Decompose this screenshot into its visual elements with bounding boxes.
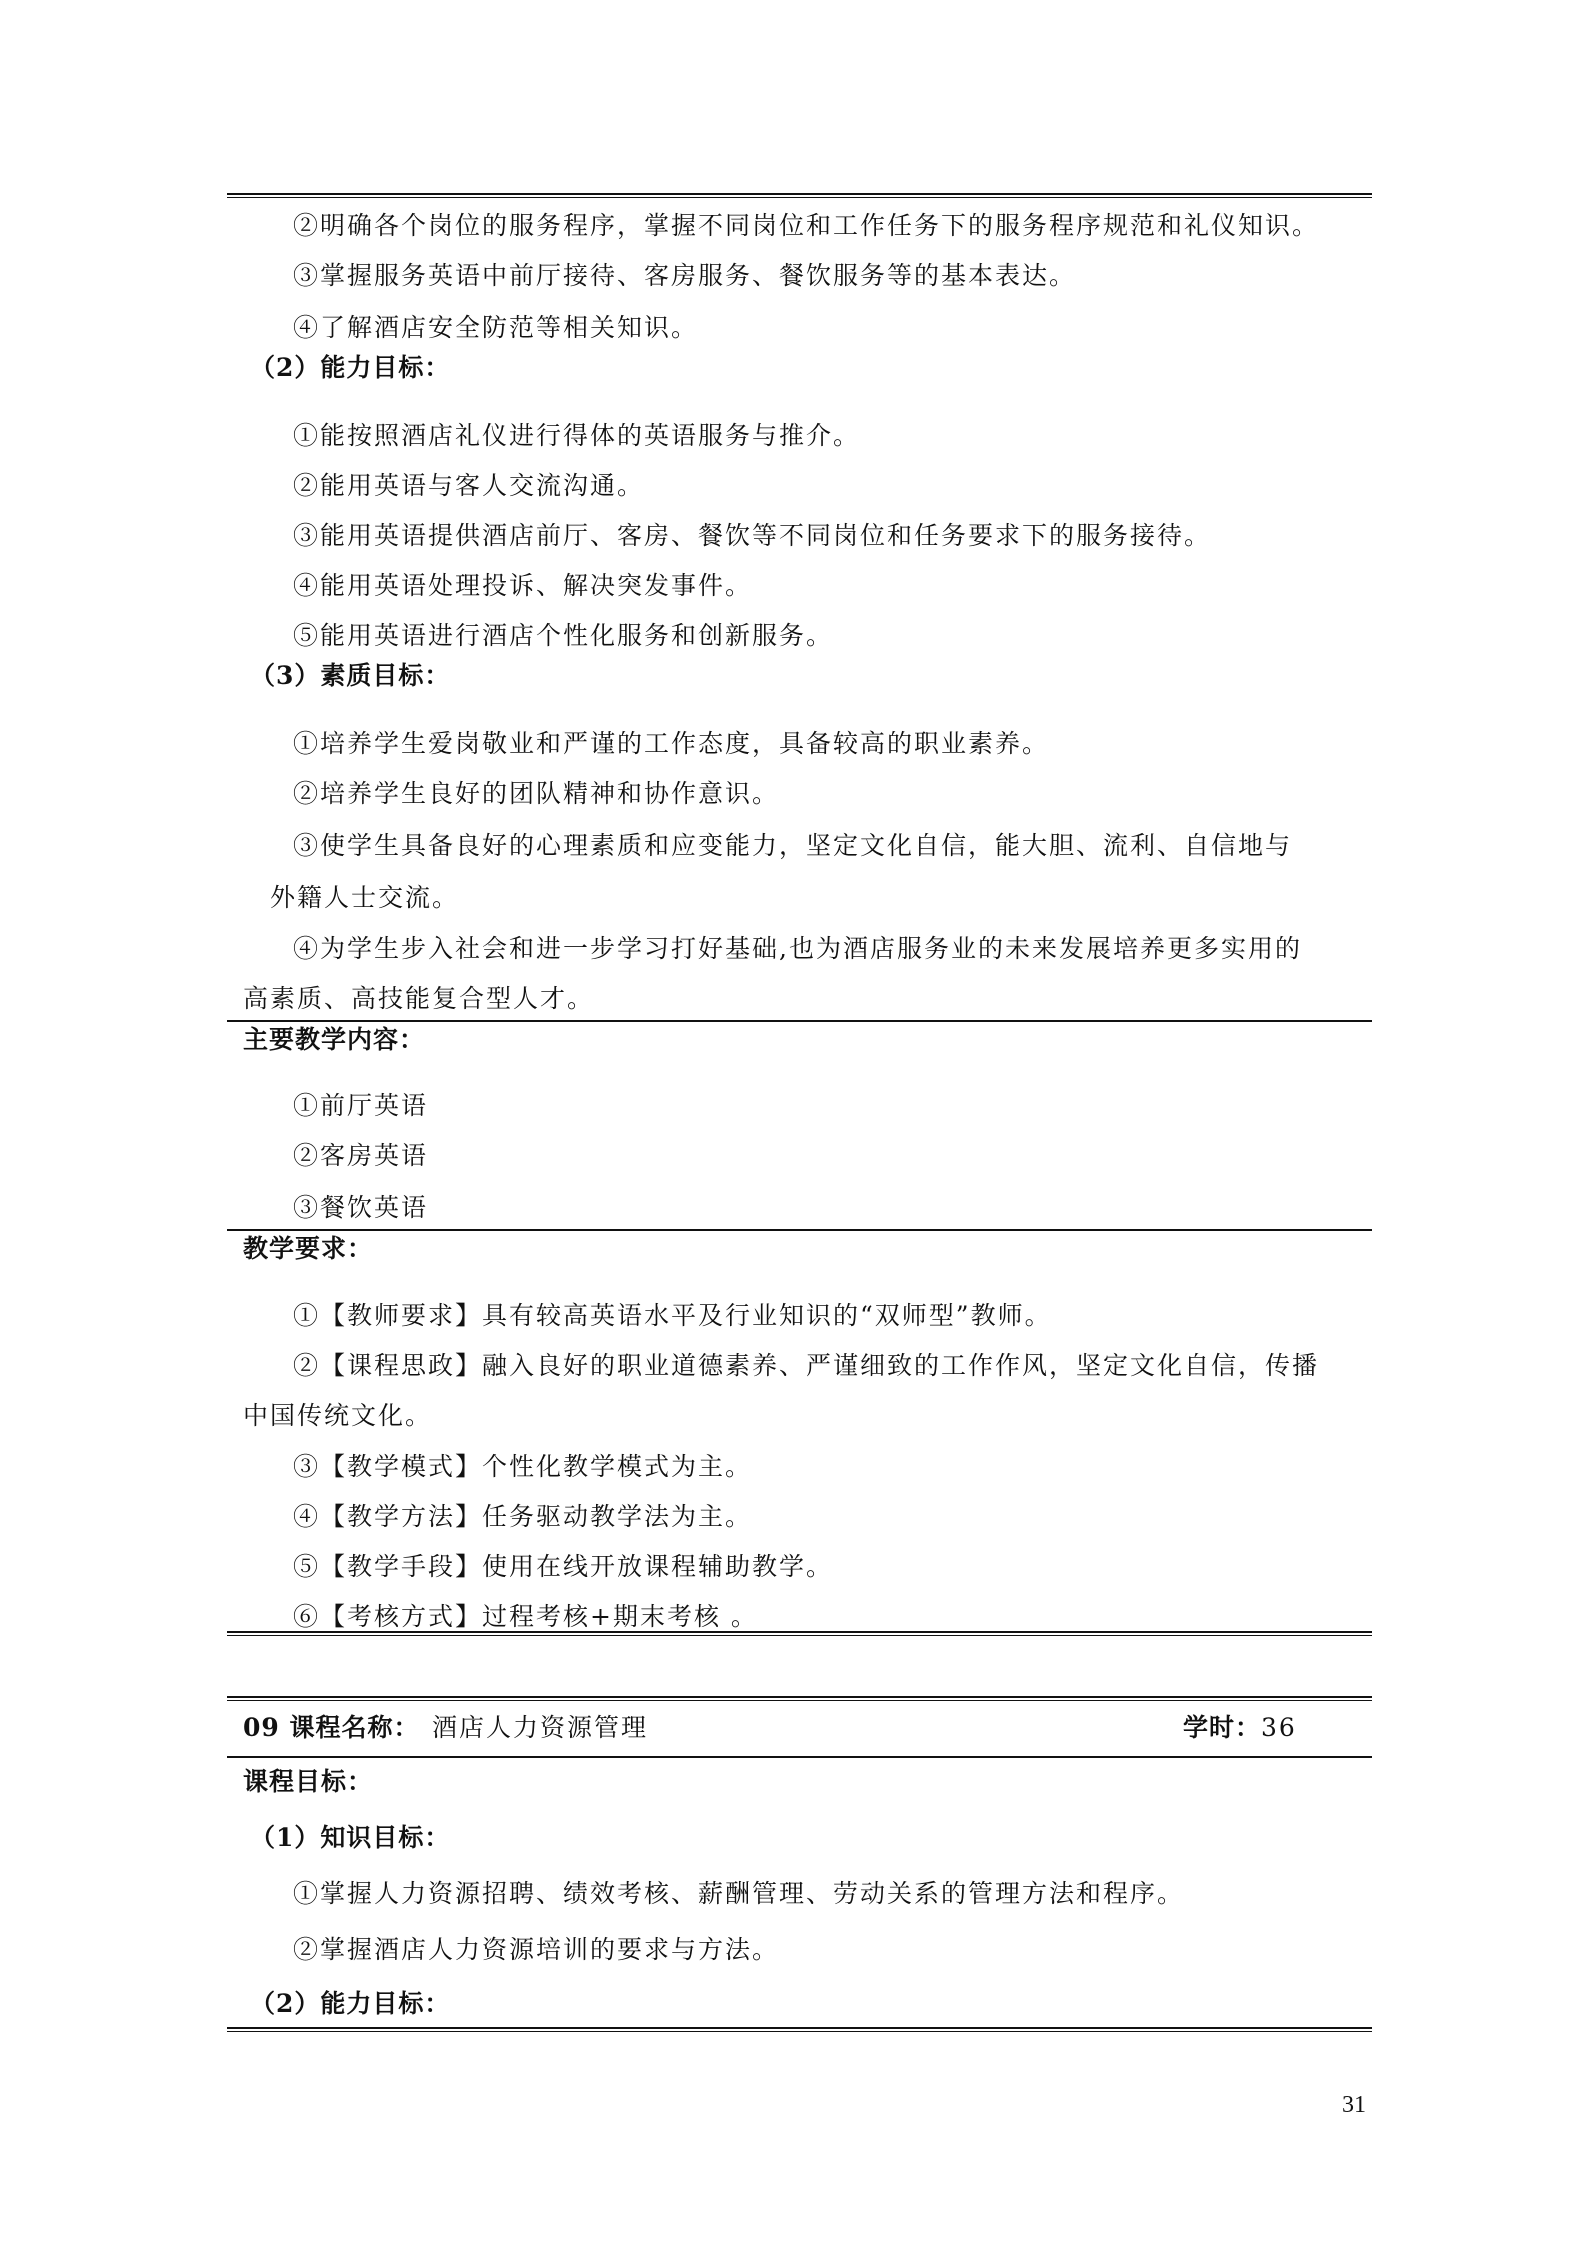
- content-item-2: ②客房英语: [293, 1140, 428, 1172]
- course-goals-heading: 课程目标：: [243, 1766, 373, 1798]
- requirement-item-3: ③【教学模式】个性化教学模式为主。: [293, 1451, 752, 1483]
- document-page: ②明确各个岗位的服务程序，掌握不同岗位和工作任务下的服务程序规范和礼仪知识。 ③…: [0, 0, 1587, 2245]
- ability-item-4: ④能用英语处理投诉、解决突发事件。: [293, 570, 752, 602]
- knowledge-item-3: ③掌握服务英语中前厅接待、客房服务、餐饮服务等的基本表达。: [293, 260, 1076, 292]
- content-item-3: ③餐饮英语: [293, 1192, 428, 1224]
- requirement-item-2: ②【课程思政】融入良好的职业道德素养、严谨细致的工作作风，坚定文化自信，传播: [293, 1350, 1319, 1382]
- course-knowledge-heading: （1）知识目标：: [250, 1822, 450, 1854]
- quality-item-4-cont: 高素质、高技能复合型人才。: [243, 983, 594, 1015]
- top-double-rule: [227, 193, 1372, 198]
- section-divider: [227, 1020, 1372, 1022]
- course-knowledge-item-1: ①掌握人力资源招聘、绩效考核、薪酬管理、劳动关系的管理方法和程序。: [293, 1878, 1184, 1910]
- bottom-double-rule: [227, 2027, 1372, 2032]
- ability-item-5: ⑤能用英语进行酒店个性化服务和创新服务。: [293, 620, 833, 652]
- requirement-item-1: ①【教师要求】具有较高英语水平及行业知识的“双师型”教师。: [293, 1300, 1052, 1332]
- quality-item-3-cont: 外籍人士交流。: [270, 882, 459, 914]
- content-heading: 主要教学内容：: [243, 1024, 425, 1056]
- section-divider: [227, 1229, 1372, 1231]
- quality-heading: （3）素质目标：: [250, 660, 450, 692]
- requirement-item-2-cont: 中国传统文化。: [243, 1400, 432, 1432]
- ability-item-1: ①能按照酒店礼仪进行得体的英语服务与推介。: [293, 420, 860, 452]
- course-name-value: 酒店人力资源管理: [432, 1712, 648, 1744]
- course-name-label: 09 课程名称：: [243, 1712, 420, 1744]
- content-item-1: ①前厅英语: [293, 1090, 428, 1122]
- ability-heading: （2）能力目标：: [250, 352, 450, 384]
- quality-item-2: ②培养学生良好的团队精神和协作意识。: [293, 778, 779, 810]
- page-number: 31: [1342, 2092, 1366, 2119]
- course-header-double-rule: [227, 1696, 1372, 1701]
- quality-item-1: ①培养学生爱岗敬业和严谨的工作态度，具备较高的职业素养。: [293, 728, 1049, 760]
- course-hours-label: 学时：: [1183, 1713, 1261, 1742]
- ability-item-2: ②能用英语与客人交流沟通。: [293, 470, 644, 502]
- requirement-item-6: ⑥【考核方式】过程考核+期末考核 。: [293, 1601, 758, 1633]
- requirements-heading: 教学要求：: [243, 1233, 373, 1265]
- course-knowledge-item-2: ②掌握酒店人力资源培训的要求与方法。: [293, 1934, 779, 1966]
- requirement-item-5: ⑤【教学手段】使用在线开放课程辅助教学。: [293, 1551, 833, 1583]
- knowledge-item-4: ④了解酒店安全防范等相关知识。: [293, 312, 698, 344]
- section-divider: [227, 1756, 1372, 1758]
- quality-item-3: ③使学生具备良好的心理素质和应变能力，坚定文化自信，能大胆、流利、自信地与: [293, 830, 1292, 862]
- quality-item-4: ④为学生步入社会和进一步学习打好基础,也为酒店服务业的未来发展培养更多实用的: [293, 933, 1302, 965]
- course-hours-value: 36: [1261, 1713, 1297, 1742]
- knowledge-item-2: ②明确各个岗位的服务程序，掌握不同岗位和工作任务下的服务程序规范和礼仪知识。: [293, 210, 1319, 242]
- ability-item-3: ③能用英语提供酒店前厅、客房、餐饮等不同岗位和任务要求下的服务接待。: [293, 520, 1211, 552]
- section-end-double-rule: [227, 1631, 1372, 1636]
- requirement-item-4: ④【教学方法】任务驱动教学法为主。: [293, 1501, 752, 1533]
- course-ability-heading: （2）能力目标：: [250, 1988, 450, 2020]
- course-hours: 学时：36: [1183, 1712, 1297, 1744]
